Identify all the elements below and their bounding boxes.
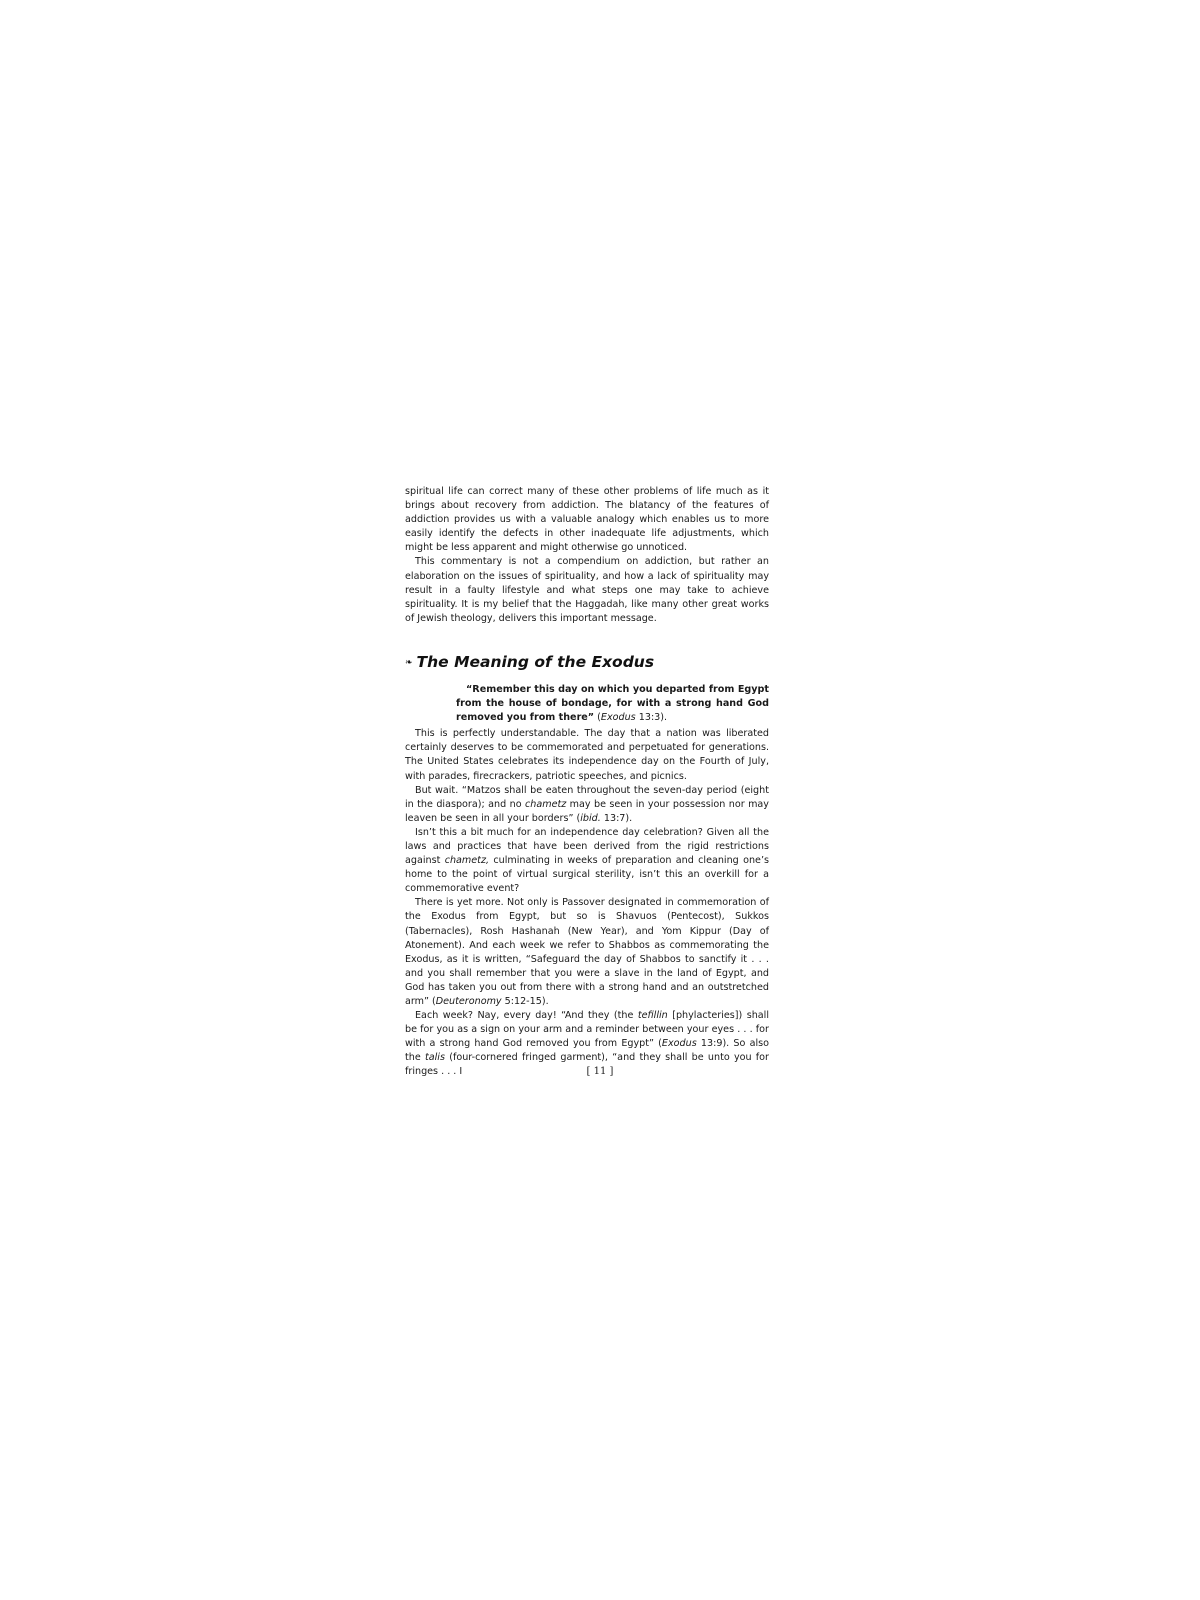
body-paragraph-2: But wait. “Matzos shall be eaten through… xyxy=(405,784,769,826)
fleuron-icon: ❧ xyxy=(405,658,413,668)
body-paragraph-1: This is perfectly understandable. The da… xyxy=(405,727,769,783)
intro-paragraph-2: This commentary is not a compendium on a… xyxy=(405,555,769,625)
body-paragraph-3: Isn’t this a bit much for an independenc… xyxy=(405,826,769,896)
section-heading: ❧The Meaning of the Exodus xyxy=(405,652,769,673)
body-text: This is perfectly understandable. The da… xyxy=(405,727,769,1079)
epigraph: “Remember this day on which you departed… xyxy=(456,683,769,725)
page-text-column: spiritual life can correct many of these… xyxy=(405,485,769,1080)
epigraph-citation: (Exodus 13:3). xyxy=(594,712,667,723)
body-paragraph-4: There is yet more. Not only is Passover … xyxy=(405,896,769,1009)
intro-paragraph-1: spiritual life can correct many of these… xyxy=(405,485,769,555)
section-title: The Meaning of the Exodus xyxy=(417,653,655,671)
page-number: [ 11 ] xyxy=(0,1066,1200,1077)
